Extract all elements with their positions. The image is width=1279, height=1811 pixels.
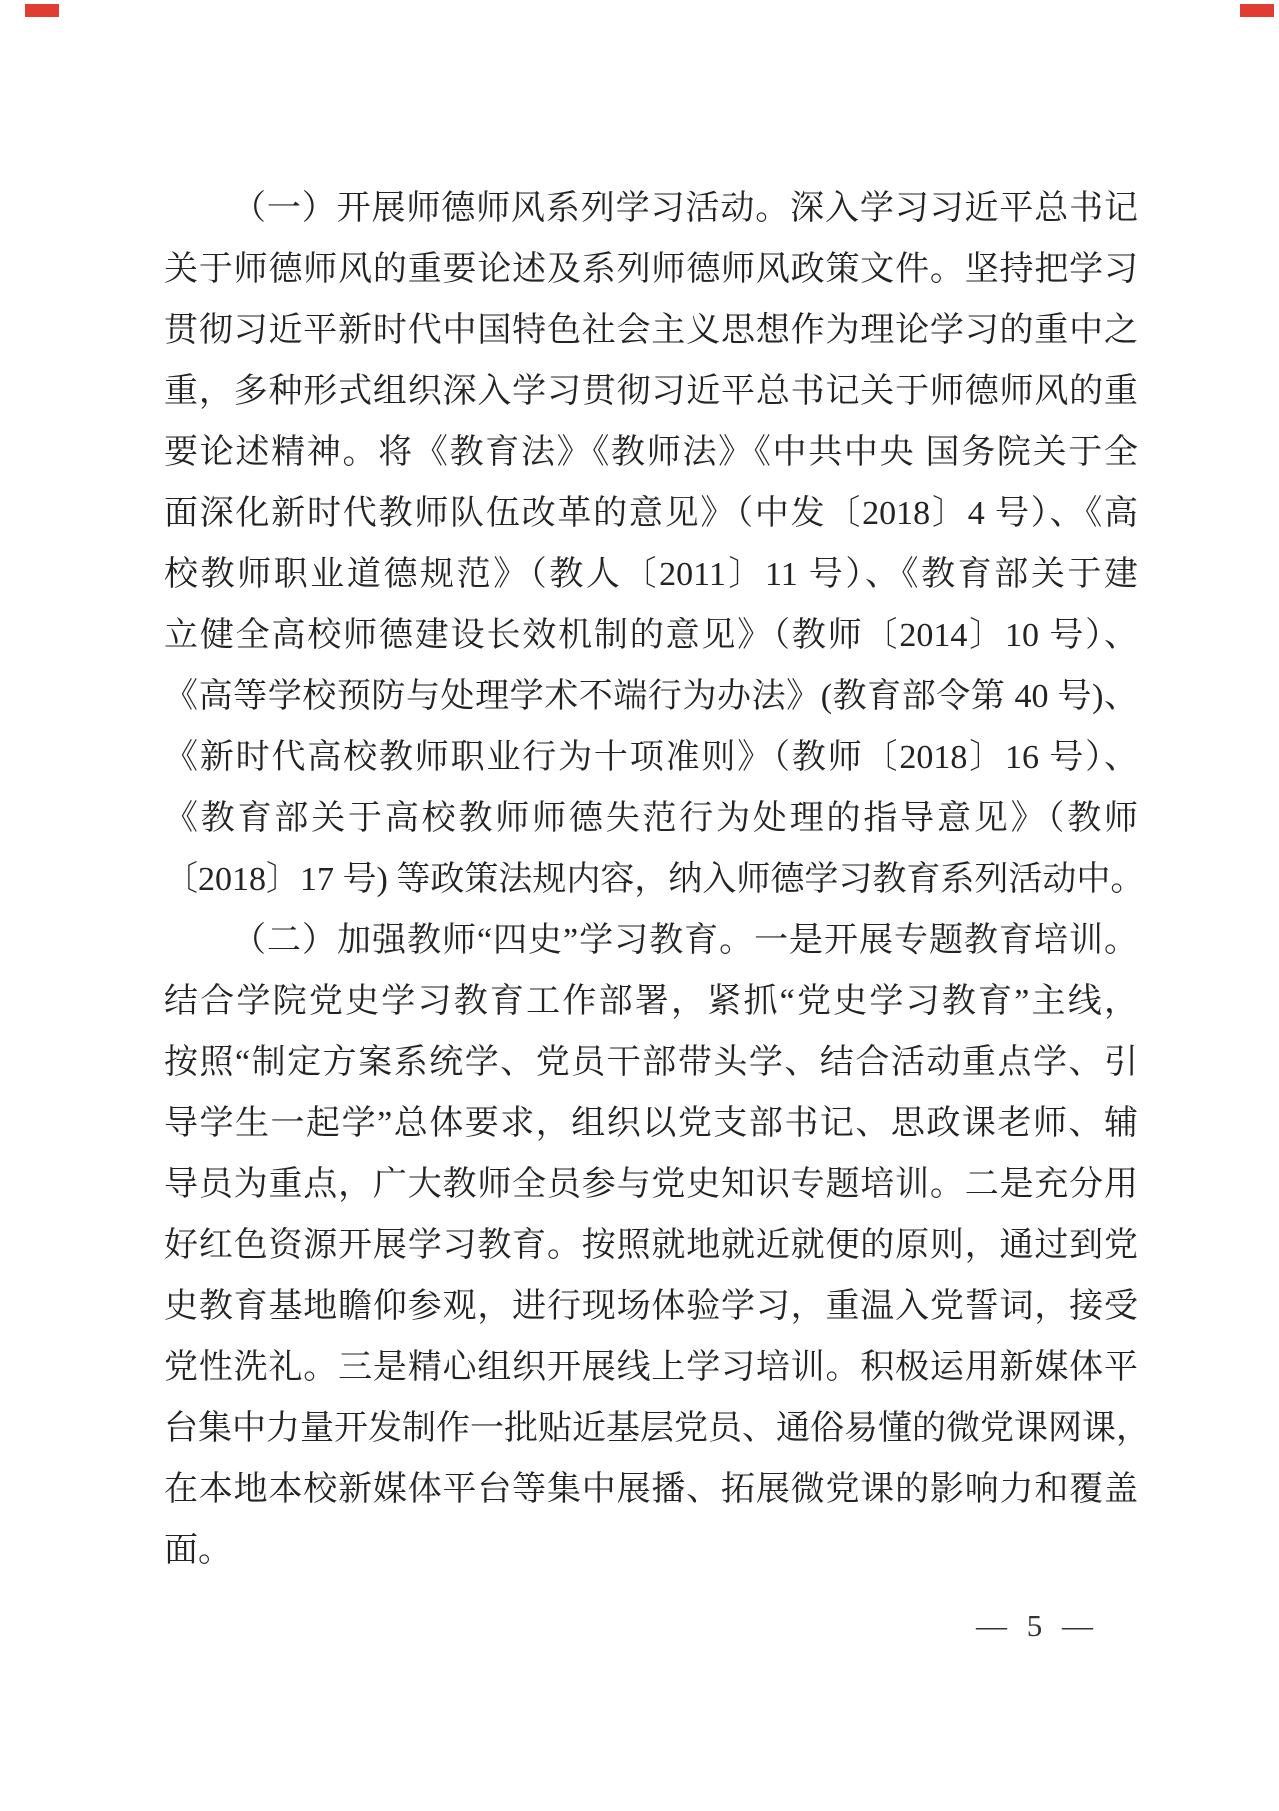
document-line: 重，多种形式组织深入学习贯彻习近平总书记关于师德师风的重 (164, 361, 1138, 422)
document-line: 史教育基地瞻仰参观，进行现场体验学习，重温入党誓词，接受 (164, 1276, 1138, 1337)
document-body-text: （一）开展师德师风系列学习活动。深入学习习近平总书记 关于师德师风的重要论述及系… (164, 178, 1138, 1581)
document-line: 党性洗礼。三是精心组织开展线上学习培训。积极运用新媒体平 (164, 1337, 1138, 1398)
document-line: 台集中力量开发制作一批贴近基层党员、通俗易懂的微党课网课， (164, 1398, 1138, 1459)
document-line: 校教师职业道德规范》（教人〔2011〕11 号）、《教育部关于建 (164, 544, 1138, 605)
document-line: 按照“制定方案系统学、党员干部带头学、结合活动重点学、引 (164, 1032, 1138, 1093)
document-line: 关于师德师风的重要论述及系列师德师风政策文件。坚持把学习 (164, 239, 1138, 300)
scan-corner-mark-left (25, 4, 59, 17)
document-line: 结合学院党史学习教育工作部署，紧抓“党史学习教育”主线， (164, 971, 1138, 1032)
document-line: 要论述精神。将《教育法》《教师法》《中共中央 国务院关于全 (164, 422, 1138, 483)
document-line: 导员为重点，广大教师全员参与党史知识专题培训。二是充分用 (164, 1154, 1138, 1215)
page-number: — 5 — (976, 1608, 1099, 1644)
document-line: 导学生一起学”总体要求，组织以党支部书记、思政课老师、辅 (164, 1093, 1138, 1154)
document-line: 《高等学校预防与处理学术不端行为办法》(教育部令第 40 号)、 (164, 666, 1138, 727)
document-line: 《新时代高校教师职业行为十项准则》（教师〔2018〕16 号）、 (164, 727, 1138, 788)
document-line: 〔2018〕17 号) 等政策法规内容，纳入师德学习教育系列活动中。 (164, 849, 1138, 910)
document-line: （二）加强教师“四史”学习教育。一是开展专题教育培训。 (164, 910, 1138, 971)
document-line: 好红色资源开展学习教育。按照就地就近就便的原则，通过到党 (164, 1215, 1138, 1276)
document-line: 《教育部关于高校教师师德失范行为处理的指导意见》（教师 (164, 788, 1138, 849)
document-line: （一）开展师德师风系列学习活动。深入学习习近平总书记 (164, 178, 1138, 239)
scan-corner-mark-right (1240, 4, 1274, 17)
document-line: 贯彻习近平新时代中国特色社会主义思想作为理论学习的重中之 (164, 300, 1138, 361)
document-line: 在本地本校新媒体平台等集中展播、拓展微党课的影响力和覆盖 (164, 1459, 1138, 1520)
document-line: 面深化新时代教师队伍改革的意见》（中发〔2018〕4 号）、《高 (164, 483, 1138, 544)
document-line: 面。 (164, 1520, 1138, 1581)
document-line: 立健全高校师德建设长效机制的意见》（教师〔2014〕10 号）、 (164, 605, 1138, 666)
scanned-document-page: （一）开展师德师风系列学习活动。深入学习习近平总书记 关于师德师风的重要论述及系… (0, 0, 1279, 1811)
